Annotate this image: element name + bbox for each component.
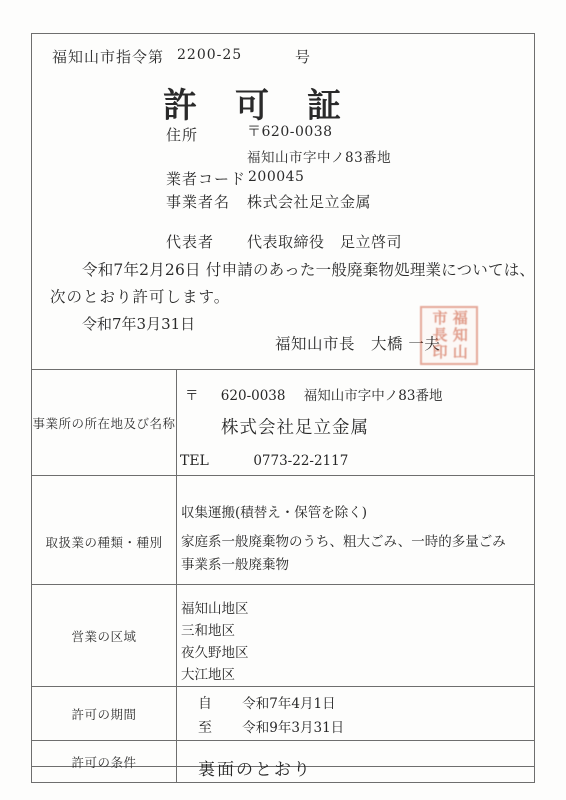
period-from-line: 自 令和7年4月1日	[177, 692, 534, 716]
table-row-office: 事業所の所在地及び名称 〒 620-0038 福知山市字中ノ83番地 株式会社足…	[32, 370, 535, 476]
business-type-line-1: 収集運搬(積替え・保管を除く)	[181, 501, 534, 521]
row-content-business-type: 収集運搬(積替え・保管を除く) 家庭系一般廃棄物のうち、粗大ごみ、一時的多量ごみ…	[177, 476, 535, 585]
row-label-conditions: 許可の条件	[32, 741, 177, 783]
representative-value: 代表取締役 足立啓司	[247, 231, 402, 252]
business-type-line-2: 家庭系一般廃棄物のうち、粗大ごみ、一時的多量ごみ	[181, 530, 534, 550]
business-type-label-text: 取扱業の種類・種別	[45, 535, 162, 550]
table-row-period: 許可の期間 自 令和7年4月1日 至 令和9年3月31日	[32, 687, 535, 741]
table-row-business-type: 取扱業の種類・種別 収集運搬(積替え・保管を除く) 家庭系一般廃棄物のうち、粗大…	[32, 476, 535, 585]
row-content-office: 〒 620-0038 福知山市字中ノ83番地 株式会社足立金属 TEL 0773…	[177, 370, 535, 476]
representative-label: 代表者	[166, 231, 214, 252]
applicant-address: 福知山市字中ノ83番地	[247, 146, 391, 166]
postal-mark: 〒	[185, 388, 199, 404]
area-item: 福知山地区	[181, 598, 534, 620]
vendor-code-value: 200045	[248, 169, 304, 185]
period-to-mark: 至	[198, 720, 212, 736]
applicant-postal: 〒620-0038	[247, 121, 333, 141]
permit-detail-table: 事業所の所在地及び名称 〒 620-0038 福知山市字中ノ83番地 株式会社足…	[31, 369, 535, 783]
mayor-signature: 福知山市長 大橋 一夫	[275, 332, 440, 354]
official-seal-stamp: 福知山 市長印	[420, 306, 478, 365]
tel-number: 0773-22-2117	[253, 453, 348, 469]
document-title: 許 可 証	[163, 78, 343, 127]
row-content-conditions: 裏面のとおり	[177, 741, 535, 783]
row-content-area: 福知山地区 三和地区 夜久野地区 大江地区	[177, 585, 535, 687]
tel-label: TEL	[180, 453, 209, 469]
office-postal-code: 620-0038	[221, 388, 286, 404]
row-label-business-type: 取扱業の種類・種別	[32, 476, 177, 585]
area-item: 夜久野地区	[181, 642, 534, 664]
period-to-date: 令和9年3月31日	[242, 720, 344, 736]
table-row-area: 営業の区域 福知山地区 三和地区 夜久野地区 大江地区	[32, 585, 535, 687]
statement-line-1: 令和7年2月26日 付申請のあった一般廃棄物処理業については、	[82, 258, 535, 280]
table-row-conditions: 許可の条件 裏面のとおり	[32, 741, 535, 783]
seal-text-right: 福知山	[451, 310, 468, 361]
seal-text-left: 市長印	[430, 310, 447, 361]
business-name-label: 事業者名	[166, 191, 230, 212]
period-from-mark: 自	[198, 696, 212, 712]
area-item: 三和地区	[181, 620, 534, 642]
period-from-date: 令和7年4月1日	[242, 696, 335, 712]
office-company-name: 株式会社足立金属	[221, 414, 534, 439]
office-tel-line: TEL 0773-22-2117	[180, 453, 534, 469]
directive-suffix: 号	[295, 46, 310, 67]
business-name-value: 株式会社足立金属	[247, 191, 371, 212]
period-to-line: 至 令和9年3月31日	[177, 716, 534, 740]
permit-certificate-scan: 福知山市指令第 2200-25 号 許 可 証 住所 〒620-0038 福知山…	[0, 0, 566, 800]
statement-line-2: 次のとおり許可します。	[50, 285, 230, 307]
issue-date: 令和7年3月31日	[82, 313, 195, 334]
row-label-period: 許可の期間	[32, 687, 177, 741]
office-address: 福知山市字中ノ83番地	[304, 388, 443, 404]
address-label: 住所	[166, 124, 198, 145]
directive-prefix: 福知山市指令第	[52, 46, 164, 67]
row-content-period: 自 令和7年4月1日 至 令和9年3月31日	[177, 687, 535, 741]
vendor-code-label: 業者コード	[166, 168, 246, 189]
business-type-line-3: 事業系一般廃棄物	[181, 553, 534, 573]
row-label-area: 営業の区域	[32, 585, 177, 687]
row-label-office: 事業所の所在地及び名称	[32, 370, 177, 476]
directive-number: 2200-25	[177, 47, 242, 63]
area-item: 大江地区	[181, 664, 534, 686]
office-postal-line: 〒 620-0038 福知山市字中ノ83番地	[185, 384, 534, 404]
